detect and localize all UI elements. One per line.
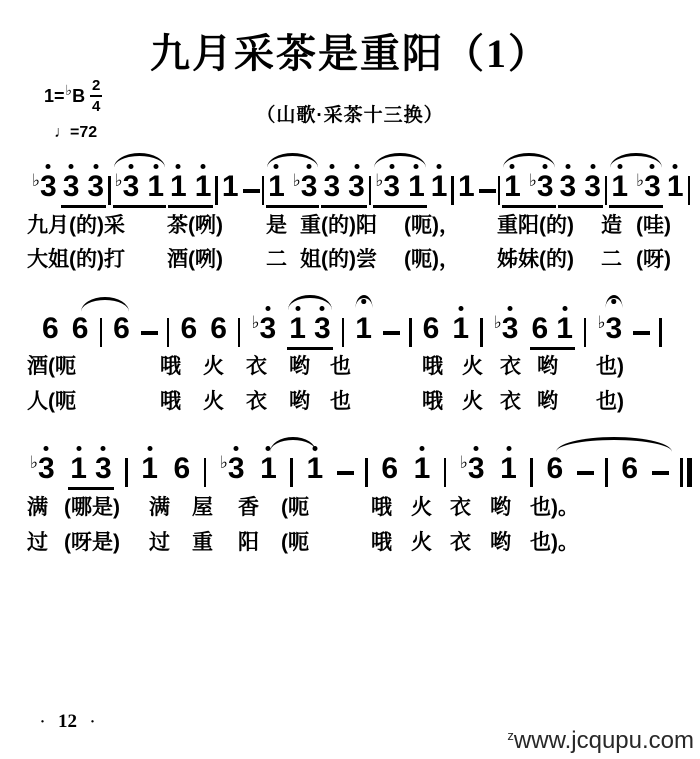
note: 6 [544, 454, 565, 484]
page-number: · 12 · [40, 711, 95, 733]
note: 3 [314, 314, 331, 344]
barline [480, 318, 483, 347]
lyric-segment: (呀) [636, 247, 671, 272]
slur-icon [114, 153, 165, 168]
final-barline [680, 458, 692, 487]
note: 1 [260, 454, 277, 484]
tie-icon [81, 297, 129, 312]
note-digit: 3 [301, 172, 318, 202]
note-digit: 3 [606, 314, 623, 344]
note: ♭3 [375, 172, 400, 202]
octave-dot-icon [354, 164, 359, 169]
lyric-segment: 满 [149, 495, 170, 520]
note-digit: 6 [72, 314, 89, 344]
fermata-icon [355, 295, 372, 308]
octave-dot-icon [201, 164, 206, 169]
flat-icon: ♭ [32, 171, 40, 191]
tie-icon [556, 437, 672, 452]
lyric-segment: 过 [149, 530, 170, 555]
note: 6 [70, 314, 91, 344]
note: 6 [111, 314, 132, 344]
note: 1 [268, 172, 285, 202]
note: 6 [178, 314, 199, 344]
octave-dot-icon [437, 164, 442, 169]
duration-dash [652, 471, 669, 475]
note: 1 [355, 314, 372, 344]
octave-dot-icon [458, 306, 463, 311]
beam-group: 13 [287, 314, 332, 350]
flat-icon: ♭ [115, 171, 123, 191]
note: 6 [532, 314, 549, 344]
flat-icon: ♭ [636, 171, 644, 191]
lyric-segment: 也) [596, 389, 624, 414]
note: 1 [222, 172, 239, 202]
note: ♭3 [28, 454, 57, 484]
barline [365, 458, 368, 487]
note: ♭3 [598, 314, 623, 344]
note: 1 [195, 172, 212, 202]
lyric-segment: 哟 [537, 389, 558, 414]
duration-dash [633, 331, 650, 335]
note: 1 [408, 172, 425, 202]
note: 1 [450, 314, 471, 344]
lyric-segment: 阳 [238, 530, 259, 555]
note: 1 [170, 172, 187, 202]
note: 6 [210, 314, 227, 344]
barline [605, 458, 608, 487]
note: 6 [72, 314, 89, 344]
lyric-segment: 也) [596, 354, 624, 379]
note: 1 [414, 454, 431, 484]
note-digit: 6 [113, 314, 130, 344]
beam-group: 11 [168, 172, 213, 208]
note-digit: 1 [70, 454, 87, 484]
octave-dot-icon [234, 446, 239, 451]
lyric-segment: 火 [462, 354, 483, 379]
barline [100, 318, 103, 347]
note: 6 [208, 314, 229, 344]
lyric-segment: 衣 [450, 530, 471, 555]
lyric-segment: (呃)， [404, 213, 460, 238]
lyric-segment: 衣 [246, 354, 267, 379]
note: 3 [584, 172, 601, 202]
flat-icon: ♭ [30, 453, 38, 473]
song-subtitle: （山歌·采茶十三换） [0, 100, 700, 127]
barline [238, 318, 241, 347]
octave-dot-icon [44, 446, 49, 451]
note-digit: 6 [621, 454, 638, 484]
note-digit: 1 [170, 172, 187, 202]
note-digit: 1 [355, 314, 372, 344]
note: 6 [421, 314, 442, 344]
note: ♭3 [636, 172, 661, 202]
note: 6 [546, 454, 563, 484]
meter-top: 2 [92, 78, 100, 93]
note-digit: 3 [502, 314, 519, 344]
note-digit: 3 [584, 172, 601, 202]
note: 1 [452, 314, 469, 344]
page-dot-left: · [40, 714, 45, 731]
note: 1 [70, 454, 87, 484]
beam-group: 1♭3 [502, 172, 555, 208]
octave-dot-icon [312, 446, 317, 451]
barline [688, 176, 691, 205]
note: ♭3 [494, 314, 519, 344]
lyrics-row-1b: 大姐(的)打酒(咧)二姐(的)尝(呃)，姊妹(的)二(呀) [0, 247, 700, 275]
octave-dot-icon [76, 446, 81, 451]
note: 6 [423, 314, 440, 344]
flat-icon: ♭ [252, 313, 260, 333]
barline [108, 176, 111, 205]
note: 6 [174, 454, 191, 484]
flat-icon: ♭ [220, 453, 228, 473]
lyric-segment: 哟 [490, 530, 511, 555]
note-digit: 1 [458, 172, 475, 202]
lyric-segment: 衣 [500, 389, 521, 414]
lyric-segment: 满 [27, 495, 48, 520]
note-digit: 1 [431, 172, 448, 202]
lyric-segment: 也)。 [530, 530, 579, 555]
beam-group: 33 [61, 172, 106, 208]
note-digit: 1 [611, 172, 628, 202]
note-digit: 6 [381, 454, 398, 484]
octave-dot-icon [419, 446, 424, 451]
flat-icon: ♭ [293, 171, 301, 191]
note-digit: 1 [260, 454, 277, 484]
note: ♭3 [492, 314, 521, 344]
lyric-segment: 衣 [500, 354, 521, 379]
sheet-music-page: 九月采茶是重阳（1） 1=♭B 2 4 （山歌·采茶十三换） ♩=72 ♭333… [0, 0, 700, 759]
note: 1 [458, 172, 475, 202]
lyric-segment: 哟 [289, 389, 310, 414]
beam-group: 33 [321, 172, 366, 208]
note: 3 [323, 172, 340, 202]
note-digit: 1 [452, 314, 469, 344]
notation-line-2: 66666♭313161♭361♭3 [40, 292, 662, 350]
note: ♭3 [30, 454, 55, 484]
lyric-segment: 火 [411, 530, 432, 555]
note-digit: 1 [667, 172, 684, 202]
note-digit: 6 [42, 314, 59, 344]
lyric-segment: 重 [192, 530, 213, 555]
flat-icon: ♭ [598, 313, 606, 333]
lyric-segment: 二 [266, 247, 287, 272]
lyric-segment: 重(的)阳 [300, 213, 377, 238]
note: 1 [429, 172, 450, 202]
note-digit: 3 [87, 172, 104, 202]
duration-dash [479, 189, 496, 193]
lyric-segment: 屋 [192, 495, 213, 520]
lyric-segment: 酒(呃 [27, 354, 76, 379]
note: 6 [180, 314, 197, 344]
barline [125, 458, 128, 487]
barline [215, 176, 218, 205]
barline [167, 318, 170, 347]
duration-dash [383, 331, 400, 335]
note: 3 [95, 454, 112, 484]
duration-dash [243, 189, 260, 193]
note: 1 [611, 172, 628, 202]
lyric-segment: 哦 [371, 495, 392, 520]
octave-dot-icon [590, 164, 595, 169]
note-digit: 3 [537, 172, 554, 202]
lyric-segment: (呃 [281, 530, 309, 555]
barline-thin [680, 458, 683, 487]
note-digit: 1 [306, 454, 323, 484]
octave-dot-icon [147, 446, 152, 451]
lyric-segment: 哟 [537, 354, 558, 379]
note: ♭3 [32, 172, 57, 202]
lyric-segment: 火 [411, 495, 432, 520]
page-number-value: 12 [58, 711, 77, 733]
note-digit: 3 [314, 314, 331, 344]
note: ♭3 [252, 314, 277, 344]
note-digit: 1 [141, 454, 158, 484]
barline [204, 458, 207, 487]
barline [498, 176, 501, 205]
octave-dot-icon [101, 446, 106, 451]
lyric-segment: 姊妹(的) [497, 247, 574, 272]
note: 1 [258, 454, 279, 484]
note-digit: 3 [644, 172, 661, 202]
lyrics-row-2a: 酒(呃哦火衣哟也哦火衣哟也) [0, 354, 700, 382]
lyric-segment: 哦 [422, 389, 443, 414]
note: 1 [498, 454, 519, 484]
note-digit: 3 [40, 172, 57, 202]
octave-dot-icon [265, 306, 270, 311]
fraction-line [90, 95, 102, 97]
note: 6 [381, 454, 398, 484]
note-digit: 1 [289, 314, 306, 344]
note: ♭3 [220, 454, 245, 484]
note: ♭3 [250, 314, 279, 344]
octave-dot-icon [673, 164, 678, 169]
note: 1 [147, 172, 164, 202]
lyric-segment: 也)。 [530, 495, 579, 520]
note-digit: 3 [383, 172, 400, 202]
note-digit: 6 [180, 314, 197, 344]
lyric-segment: (呃)， [404, 247, 460, 272]
octave-dot-icon [565, 164, 570, 169]
song-title: 九月采茶是重阳（1） [0, 22, 700, 79]
note: 1 [139, 454, 160, 484]
lyrics-row-3a: 满(哪是)满屋香(呃哦火衣哟也)。 [0, 495, 700, 523]
note-digit: 6 [174, 454, 191, 484]
notation-line-1: ♭333♭311111♭333♭31111♭3331♭31 [30, 150, 690, 208]
note: 1 [500, 454, 517, 484]
octave-dot-icon [506, 446, 511, 451]
note: 1 [306, 454, 323, 484]
lyric-segment: 衣 [450, 495, 471, 520]
octave-dot-icon [508, 306, 513, 311]
lyric-segment: 哟 [289, 354, 310, 379]
barline [262, 176, 265, 205]
note: 6 [113, 314, 130, 344]
watermark-text: www.jcqupu.com [514, 727, 694, 754]
lyric-segment: 人(呃 [27, 389, 76, 414]
lyric-segment: 重阳(的) [497, 213, 574, 238]
lyric-segment: 哦 [160, 389, 181, 414]
lyric-segment: 酒(咧) [167, 247, 223, 272]
note-digit: 1 [500, 454, 517, 484]
note-digit: 1 [195, 172, 212, 202]
note-digit: 3 [228, 454, 245, 484]
duration-dash [141, 331, 158, 335]
watermark-url: zwww.jcqupu.com [507, 727, 694, 755]
lyric-segment: 香 [238, 495, 259, 520]
note: 6 [619, 454, 640, 484]
barline [290, 458, 293, 487]
note: 6 [621, 454, 638, 484]
note-digit: 1 [268, 172, 285, 202]
lyric-segment: 造 [601, 213, 622, 238]
octave-dot-icon [69, 164, 74, 169]
note-digit: 3 [323, 172, 340, 202]
note: 1 [353, 314, 374, 344]
octave-dot-icon [329, 164, 334, 169]
note: 1 [665, 172, 686, 202]
slur-icon [267, 153, 318, 168]
lyric-segment: 过 [27, 530, 48, 555]
octave-dot-icon [46, 164, 51, 169]
note: 1 [431, 172, 448, 202]
note: ♭3 [458, 454, 487, 484]
beam-group: ♭31 [373, 172, 426, 208]
flat-icon: ♭ [460, 453, 468, 473]
note: 6 [40, 314, 61, 344]
flat-icon: ♭ [66, 83, 73, 97]
lyrics-row-1a: 九月(的)采茶(咧)是重(的)阳(呃)，重阳(的)造(哇) [0, 213, 700, 241]
lyric-segment: 火 [203, 389, 224, 414]
lyric-segment: 哦 [371, 530, 392, 555]
lyric-segment: 大姐(的)打 [27, 247, 125, 272]
duration-dash [577, 471, 594, 475]
beam-group: 61 [530, 314, 575, 350]
lyric-segment: 茶(咧) [167, 213, 223, 238]
barline [451, 176, 454, 205]
flat-icon: ♭ [375, 171, 383, 191]
note-digit: 1 [222, 172, 239, 202]
barline [409, 318, 412, 347]
barline [659, 318, 662, 347]
lyrics-row-3b: 过(呀是)过重阳(呃哦火衣哟也)。 [0, 530, 700, 558]
lyric-segment: (哇) [636, 213, 671, 238]
barline [444, 458, 447, 487]
lyric-segment: 九月(的)采 [27, 213, 125, 238]
lyric-segment: (呀是) [64, 530, 120, 555]
note-digit: 3 [560, 172, 577, 202]
octave-dot-icon [474, 446, 479, 451]
note-digit: 1 [147, 172, 164, 202]
duration-dash [337, 471, 354, 475]
barline [369, 176, 372, 205]
note: 1 [289, 314, 306, 344]
note-digit: 6 [423, 314, 440, 344]
beam-group: 1♭3 [266, 172, 319, 208]
note: 1 [304, 454, 325, 484]
octave-dot-icon [562, 306, 567, 311]
beam-group: 33 [558, 172, 603, 208]
note: 1 [456, 172, 477, 202]
lyric-segment: 姐(的)尝 [300, 247, 377, 272]
note: 1 [556, 314, 573, 344]
note-digit: 3 [63, 172, 80, 202]
octave-dot-icon [93, 164, 98, 169]
fermata-icon [605, 295, 622, 308]
note: 6 [42, 314, 59, 344]
note-digit: 3 [38, 454, 55, 484]
slur-icon [288, 295, 331, 310]
note: ♭3 [30, 172, 59, 202]
lyric-segment: 火 [462, 389, 483, 414]
lyric-segment: 哦 [422, 354, 443, 379]
lyric-segment: 哦 [160, 354, 181, 379]
note: 6 [379, 454, 400, 484]
barline [342, 318, 345, 347]
lyrics-row-2b: 人(呃哦火衣哟也哦火衣哟也) [0, 389, 700, 417]
lyric-segment: 二 [601, 247, 622, 272]
note: ♭3 [293, 172, 318, 202]
lyric-segment: (哪是) [64, 495, 120, 520]
slur-icon [503, 153, 554, 168]
lyric-segment: 火 [203, 354, 224, 379]
note: 6 [172, 454, 193, 484]
note: ♭3 [218, 454, 247, 484]
lyric-segment: 哟 [490, 495, 511, 520]
note: 1 [667, 172, 684, 202]
note-digit: 3 [123, 172, 140, 202]
flat-icon: ♭ [529, 171, 537, 191]
lyric-segment: 是 [266, 213, 287, 238]
note: 3 [560, 172, 577, 202]
tie-icon [270, 437, 316, 452]
note: 3 [348, 172, 365, 202]
note: ♭3 [460, 454, 485, 484]
note-digit: 6 [546, 454, 563, 484]
note: 3 [87, 172, 104, 202]
note-digit: 3 [468, 454, 485, 484]
note-digit: 6 [532, 314, 549, 344]
note-digit: 3 [95, 454, 112, 484]
note: 3 [63, 172, 80, 202]
note: ♭3 [529, 172, 554, 202]
beam-group: 13 [68, 454, 113, 490]
note-digit: 3 [348, 172, 365, 202]
note-digit: 1 [556, 314, 573, 344]
barline [530, 458, 533, 487]
note: ♭3 [596, 314, 625, 344]
page-dot-right: · [90, 714, 95, 731]
note-digit: 6 [210, 314, 227, 344]
barline-thick [687, 458, 692, 487]
lyric-segment: (呃 [281, 495, 309, 520]
note-digit: 1 [408, 172, 425, 202]
note-digit: 1 [414, 454, 431, 484]
lyric-segment: 也 [330, 354, 351, 379]
flat-icon: ♭ [494, 313, 502, 333]
slur-icon [374, 153, 425, 168]
note: ♭3 [115, 172, 140, 202]
octave-dot-icon [176, 164, 181, 169]
note-digit: 1 [504, 172, 521, 202]
barline [584, 318, 587, 347]
beam-group: ♭31 [113, 172, 166, 208]
note-digit: 3 [260, 314, 277, 344]
tempo-marking: ♩=72 [54, 124, 97, 142]
note: 1 [220, 172, 241, 202]
lyric-segment: 衣 [246, 389, 267, 414]
slur-icon [610, 153, 661, 168]
